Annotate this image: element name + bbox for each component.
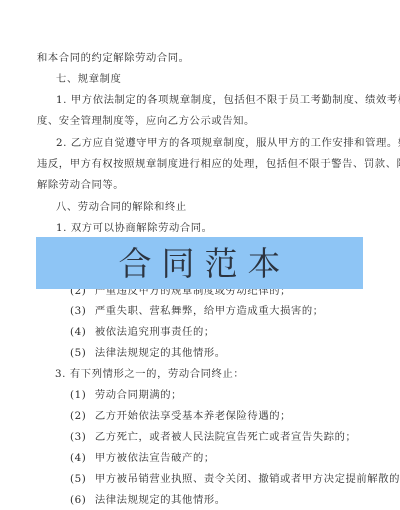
list-item: (3) 严重失职、营私舞弊，给甲方造成重大损害的； — [70, 304, 324, 318]
list-item-text: 劳动合同期满的； — [95, 389, 182, 401]
section-heading-termination: 八、劳动合同的解除和终止 — [56, 200, 187, 214]
list-item-number: (4) — [70, 451, 91, 465]
list-item-number: (3) — [70, 304, 91, 318]
watermark-banner: 合同范本 — [36, 237, 363, 289]
list-item: (3) 乙方死亡，或者被人民法院宣告死亡或者宣告失踪的； — [70, 430, 356, 444]
list-item: (4) 甲方被依法宣告破产的； — [70, 451, 215, 465]
list-item-number: (1) — [70, 388, 91, 402]
list-item-text: 乙方开始依法享受基本养老保险待遇的； — [95, 410, 291, 422]
list-item: (6) 法律法规规定的其他情形。 — [70, 493, 226, 507]
paragraph-line: 度、安全管理制度等，应向乙方公示或告知。 — [37, 114, 255, 128]
list-item-number: (3) — [70, 430, 91, 444]
list-item: (5) 法律法规规定的其他情形。 — [70, 346, 226, 360]
paragraph-line: 1. 甲方依法制定的各项规章制度，包括但不限于员工考勤制度、绩效考核制 — [56, 93, 400, 107]
paragraph-line: 违反，甲方有权按照规章制度进行相应的处理，包括但不限于警告、罚款、降职、 — [37, 157, 400, 171]
paragraph-line: 和本合同的约定解除劳动合同。 — [37, 51, 190, 65]
paragraph-line: 2. 乙方应自觉遵守甲方的各项规章制度，服从甲方的工作安排和管理。如有 — [56, 136, 400, 150]
list-item-number: (5) — [70, 472, 91, 486]
list-item-text: 甲方被吊销营业执照、责令关闭、撤销或者甲方决定提前解散的； — [95, 473, 400, 485]
paragraph-line: 1. 双方可以协商解除劳动合同。 — [56, 221, 213, 235]
clause-heading: 3. 有下列情形之一的，劳动合同终止： — [55, 367, 244, 381]
list-item: (5) 甲方被吊销营业执照、责令关闭、撤销或者甲方决定提前解散的； — [70, 472, 400, 486]
list-item-text: 被依法追究刑事责任的； — [95, 326, 215, 338]
list-item: (1) 劳动合同期满的； — [70, 388, 182, 402]
list-item-text: 甲方被依法宣告破产的； — [95, 452, 215, 464]
list-item-number: (2) — [70, 409, 91, 423]
list-item-text: 严重失职、营私舞弊，给甲方造成重大损害的； — [95, 305, 324, 317]
list-item-number: (4) — [70, 325, 91, 339]
list-item: (2) 乙方开始依法享受基本养老保险待遇的； — [70, 409, 291, 423]
list-item-number: (5) — [70, 346, 91, 360]
banner-title: 合同范本 — [109, 247, 291, 280]
list-item-text: 乙方死亡，或者被人民法院宣告死亡或者宣告失踪的； — [95, 431, 357, 443]
list-item: (4) 被依法追究刑事责任的； — [70, 325, 215, 339]
paragraph-line: 解除劳动合同等。 — [37, 178, 124, 192]
list-item-text: 法律法规规定的其他情形。 — [95, 347, 226, 359]
document-page: 和本合同的约定解除劳动合同。 七、规章制度 1. 甲方依法制定的各项规章制度，包… — [0, 0, 400, 510]
list-item-text: 法律法规规定的其他情形。 — [95, 494, 226, 506]
list-item-number: (6) — [70, 493, 91, 507]
section-heading-rules: 七、规章制度 — [56, 72, 121, 86]
